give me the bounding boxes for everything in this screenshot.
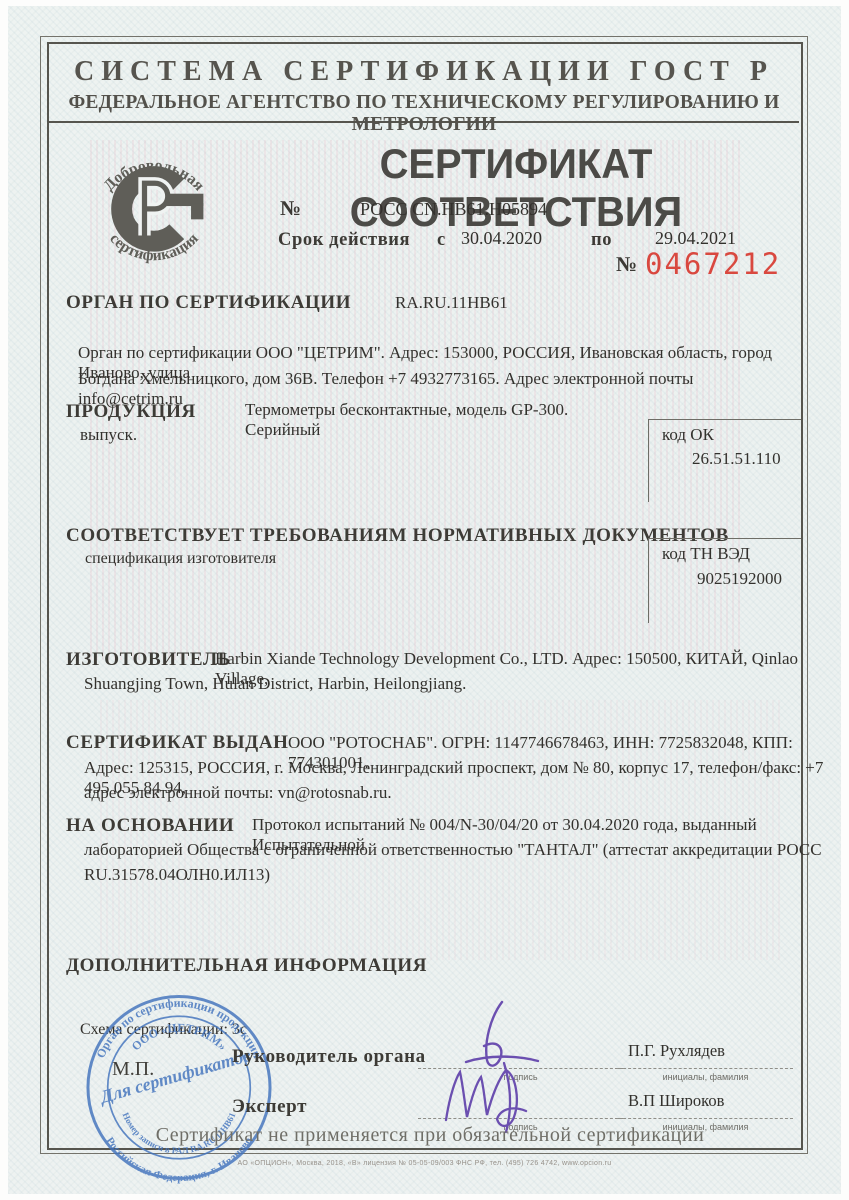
fine-print: АО «ОПЦИОН», Москва, 2018, «В» лицензия …	[0, 1160, 849, 1167]
header-line2: ФЕДЕРАЛЬНОЕ АГЕНТСТВО ПО ТЕХНИЧЕСКОМУ РЕ…	[49, 92, 799, 136]
serial-number-label: №	[616, 252, 637, 277]
head-name-caption: инициалы, фамилия	[618, 1072, 793, 1082]
basis-line2: лабораторией Общества с ограниченной отв…	[84, 840, 822, 860]
expert-ink-signature	[432, 1060, 554, 1134]
cert-number-label: №	[280, 196, 301, 221]
ok-code-box: код ОК 26.51.51.110	[648, 419, 801, 502]
section-label-product: ПРОДУКЦИЯ	[66, 401, 196, 423]
expert-name-line	[618, 1118, 793, 1119]
tnved-code-label: код ТН ВЭД	[662, 544, 750, 564]
organ-code: RA.RU.11HB61	[395, 293, 508, 313]
cert-number-value: РОСС CN.HB61.H05894	[360, 199, 547, 220]
section-label-issued: СЕРТИФИКАТ ВЫДАН	[66, 732, 289, 754]
tnved-code-box: код ТН ВЭД 9025192000	[648, 538, 801, 623]
section-label-additional: ДОПОЛНИТЕЛЬНАЯ ИНФОРМАЦИЯ	[66, 955, 427, 977]
mp-label: М.П.	[112, 1058, 154, 1081]
ok-code-label: код ОК	[662, 425, 714, 445]
head-of-body-label: Руководитель органа	[232, 1046, 426, 1068]
head-name-line	[618, 1068, 793, 1069]
validity-to-date: 29.04.2021	[655, 228, 736, 249]
conformity-value: спецификация изготовителя	[85, 550, 276, 568]
head-name: П.Г. Рухлядев	[628, 1041, 725, 1061]
gost-r-voluntary-logo: Добровольная сертификация	[78, 131, 230, 283]
expert-label: Эксперт	[232, 1096, 307, 1118]
product-value-cont: выпуск.	[80, 425, 137, 445]
expert-name: В.П Широков	[628, 1091, 724, 1111]
section-label-organ: ОРГАН ПО СЕРТИФИКАЦИИ	[66, 292, 351, 314]
validity-to-label: по	[591, 230, 612, 251]
certificate-title: СЕРТИФИКАТ СООТВЕТСТВИЯ	[247, 140, 785, 236]
tnved-code-value: 9025192000	[697, 569, 782, 589]
bottom-note: Сертификат не применяется при обязательн…	[90, 1124, 770, 1147]
validity-from-label: с	[437, 230, 446, 251]
header-line1: СИСТЕМА СЕРТИФИКАЦИИ ГОСТ Р	[49, 56, 799, 88]
certificate-page: СИСТЕМА СЕРТИФИКАЦИИ ГОСТ Р ФЕДЕРАЛЬНОЕ …	[0, 0, 849, 1200]
manufacturer-line2: Shuangjing Town, Hulan District, Harbin,…	[84, 674, 466, 694]
ok-code-value: 26.51.51.110	[692, 449, 781, 469]
basis-line3: RU.31578.04ОЛН0.ИЛ13)	[84, 865, 270, 885]
product-value: Термометры бесконтактные, модель GP-300.…	[245, 400, 645, 440]
serial-number: 0467212	[645, 247, 781, 281]
validity-from-date: 30.04.2020	[461, 228, 542, 249]
section-label-basis: НА ОСНОВАНИИ	[66, 815, 234, 837]
section-label-manufacturer: ИЗГОТОВИТЕЛЬ	[66, 649, 231, 671]
section-label-conformity: СООТВЕТСТВУЕТ ТРЕБОВАНИЯМ НОРМАТИВНЫХ ДО…	[66, 525, 729, 547]
issued-line3: адрес электронной почты: vn@rotosnab.ru.	[84, 783, 392, 803]
validity-label: Срок действия	[278, 230, 410, 251]
